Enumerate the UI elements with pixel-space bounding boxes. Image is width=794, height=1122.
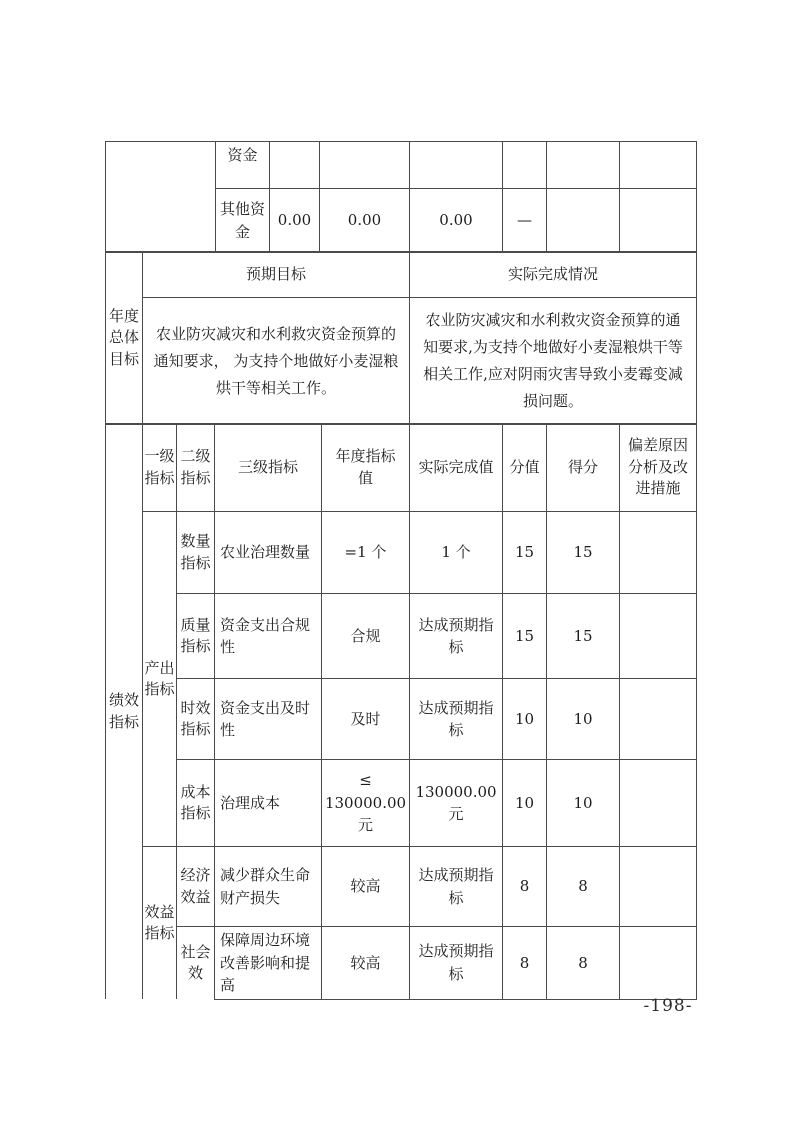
score-cell: 8: [547, 927, 620, 1000]
funds-value-cell: [547, 189, 620, 253]
funds-value-cell: [620, 142, 697, 189]
primary-indicator-output: 产出指标: [143, 512, 177, 847]
tertiary-indicator-cell: 资金支出合规性: [215, 594, 322, 679]
funds-value-cell: 0.00: [270, 189, 320, 253]
table-cut-border-stub: [176, 992, 177, 998]
funds-value-cell: [503, 142, 547, 189]
score-cell: 15: [547, 512, 620, 594]
secondary-indicator-cell: 质量指标: [177, 594, 215, 679]
annual-goal-table: 年度总体目标 预期目标 实际完成情况 农业防灾减灾和水利救灾资金预算的通知要求，…: [105, 251, 697, 425]
annual-target-cell: 合规: [322, 594, 410, 679]
score-cell: 8: [547, 847, 620, 927]
secondary-indicator-cell: 数量指标: [177, 512, 215, 594]
points-cell: 15: [503, 594, 547, 679]
header-deviation: 偏差原因分析及改进措施: [620, 424, 697, 512]
tertiary-indicator-cell: 治理成本: [215, 760, 322, 847]
primary-indicator-benefit: 效益指标: [143, 847, 177, 1000]
actual-completion-header: 实际完成情况: [410, 252, 697, 298]
indicator-outer-label: 绩效指标: [106, 424, 143, 1000]
deviation-cell: [620, 679, 697, 760]
points-cell: 15: [503, 512, 547, 594]
annual-target-cell: =1 个: [322, 512, 410, 594]
annual-target-cell: ≤ 130000.00 元: [322, 760, 410, 847]
secondary-indicator-cell: 社会效: [177, 927, 215, 1000]
header-score: 得分: [547, 424, 620, 512]
actual-value-cell: 达成预期指标: [410, 927, 503, 1000]
actual-value-cell: 1 个: [410, 512, 503, 594]
tertiary-indicator-cell: 资金支出及时性: [215, 679, 322, 760]
document-page: 资金 其他资金 0.00 0.00 0.00 — 年度总体目标 预期目标 实际完…: [0, 0, 794, 1122]
annual-target-cell: 较高: [322, 847, 410, 927]
points-cell: 8: [503, 927, 547, 1000]
tertiary-indicator-cell: 保障周边环境改善影响和提高: [215, 927, 322, 1000]
header-points: 分值: [503, 424, 547, 512]
funds-row-label: 资金: [216, 142, 270, 189]
deviation-cell: [620, 760, 697, 847]
actual-value-cell: 达成预期指标: [410, 594, 503, 679]
actual-value-cell: 达成预期指标: [410, 847, 503, 927]
funds-continuation-table: 资金 其他资金 0.00 0.00 0.00 —: [105, 141, 697, 253]
annual-target-cell: 较高: [322, 927, 410, 1000]
funds-row-label: 其他资金: [216, 189, 270, 253]
score-cell: 15: [547, 594, 620, 679]
funds-value-cell: 0.00: [320, 189, 410, 253]
points-cell: 10: [503, 760, 547, 847]
secondary-indicator-cell: 时效指标: [177, 679, 215, 760]
score-cell: 10: [547, 760, 620, 847]
deviation-cell: [620, 512, 697, 594]
deviation-cell: [620, 927, 697, 1000]
expected-goal-text: 农业防灾减灾和水利救灾资金预算的通知要求， 为支持个地做好小麦湿粮烘干等相关工作…: [143, 298, 410, 425]
points-cell: 8: [503, 847, 547, 927]
annual-goal-row-label: 年度总体目标: [106, 252, 143, 425]
tertiary-indicator-cell: 农业治理数量: [215, 512, 322, 594]
funds-spanner-cell: [106, 142, 216, 253]
tertiary-indicator-cell: 减少群众生命财产损失: [215, 847, 322, 927]
secondary-indicator-cell: 经济效益: [177, 847, 215, 927]
header-primary-indicator: 一级指标: [143, 424, 177, 512]
actual-completion-text: 农业防灾减灾和水利救灾资金预算的通知要求,为支持个地做好小麦湿粮烘干等相关工作,…: [410, 298, 697, 425]
page-number: -198-: [636, 996, 700, 1016]
secondary-indicator-cell: 成本指标: [177, 760, 215, 847]
funds-value-cell: [547, 142, 620, 189]
score-cell: 10: [547, 679, 620, 760]
actual-value-cell: 达成预期指标: [410, 679, 503, 760]
funds-value-cell: [320, 142, 410, 189]
indicator-table: 绩效指标 一级指标 二级指标 三级指标 年度指标值 实际完成值 分值 得分 偏差…: [105, 423, 697, 1000]
funds-value-cell: 0.00: [410, 189, 503, 253]
header-tertiary-indicator: 三级指标: [215, 424, 322, 512]
funds-value-cell: [270, 142, 320, 189]
annual-target-cell: 及时: [322, 679, 410, 760]
points-cell: 10: [503, 679, 547, 760]
funds-value-cell: [410, 142, 503, 189]
deviation-cell: [620, 594, 697, 679]
header-annual-target: 年度指标值: [322, 424, 410, 512]
funds-dash-cell: —: [503, 189, 547, 253]
expected-goal-header: 预期目标: [143, 252, 410, 298]
header-secondary-indicator: 二级指标: [177, 424, 215, 512]
actual-value-cell: 130000.00 元: [410, 760, 503, 847]
table-cut-border-stub: [214, 992, 215, 998]
deviation-cell: [620, 847, 697, 927]
header-actual-value: 实际完成值: [410, 424, 503, 512]
funds-value-cell: [620, 189, 697, 253]
